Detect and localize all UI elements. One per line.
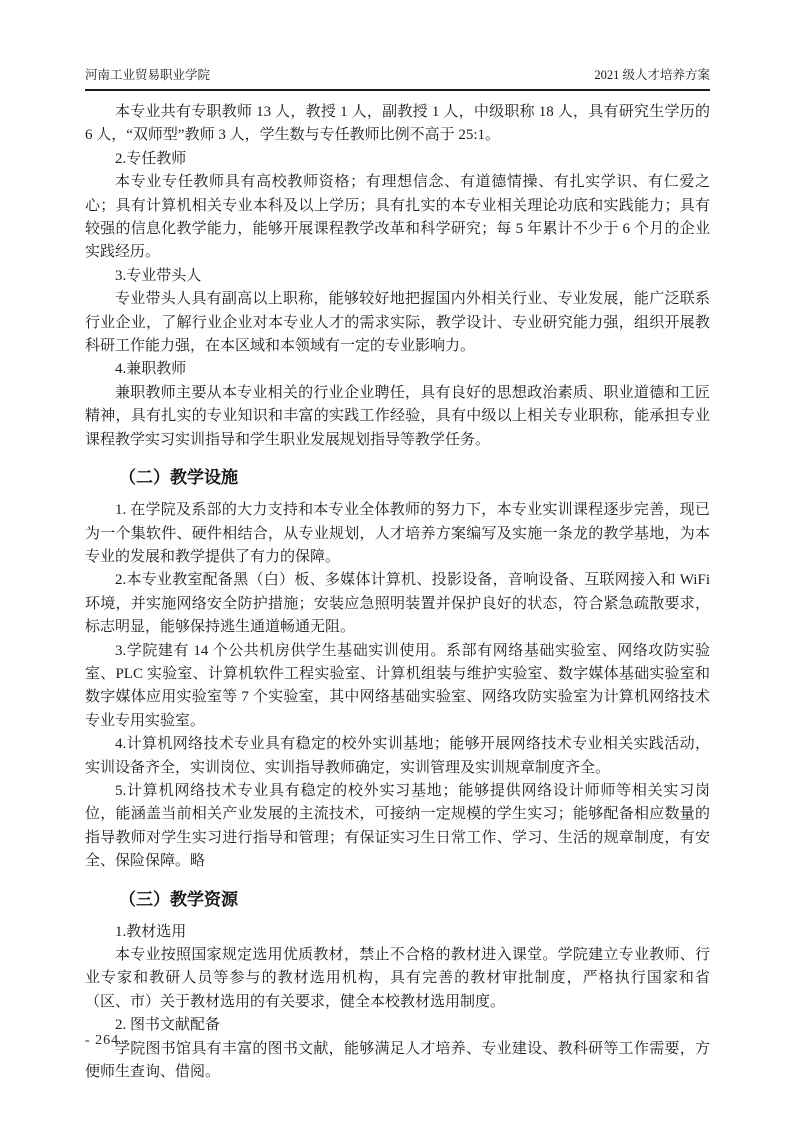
subheading-parttime-teachers: 4.兼职教师 bbox=[85, 358, 710, 381]
paragraph-library-resources: 学院图书馆具有丰富的图书文献，能够满足人才培养、专业建设、教科研等工作需要，方便… bbox=[85, 1038, 710, 1085]
paragraph-textbook-selection: 本专业按照国家规定选用优质教材，禁止不合格的教材进入课堂。学院建立专业教师、行业… bbox=[85, 944, 710, 1014]
paragraph-facilities-1: 1. 在学院及系部的大力支持和本专业全体教师的努力下，本专业实训课程逐步完善，现… bbox=[85, 499, 710, 569]
paragraph-facilities-3: 3.学院建有 14 个公共机房供学生基础实训使用。系部有网络基础实验室、网络攻防… bbox=[85, 640, 710, 734]
subheading-library-resources: 2. 图书文献配备 bbox=[85, 1014, 710, 1037]
paragraph-facilities-4: 4.计算机网络技术专业具有稳定的校外实训基地；能够开展网络技术专业相关实践活动，… bbox=[85, 733, 710, 780]
header-school-name: 河南工业贸易职业学院 bbox=[85, 67, 210, 83]
paragraph-facilities-2: 2.本专业教室配备黑（白）板、多媒体计算机、投影设备，音响设备、互联网接入和 W… bbox=[85, 569, 710, 639]
paragraph-teacher-count: 本专业共有专职教师 13 人，教授 1 人，副教授 1 人，中级职称 18 人，… bbox=[85, 101, 710, 148]
paragraph-fulltime-teachers: 本专业专任教师具有高校教师资格；有理想信念、有道德情操、有扎实学识、有仁爱之心；… bbox=[85, 171, 710, 265]
section-heading-teaching-resources: （三）教学资源 bbox=[85, 887, 710, 912]
paragraph-professional-leader: 专业带头人具有副高以上职称，能够较好地把握国内外相关行业、专业发展，能广泛联系行… bbox=[85, 288, 710, 358]
subheading-professional-leader: 3.专业带头人 bbox=[85, 265, 710, 288]
document-page: 河南工业贸易职业学院 2021 级人才培养方案 本专业共有专职教师 13 人，教… bbox=[0, 0, 793, 1122]
subheading-fulltime-teachers: 2.专任教师 bbox=[85, 148, 710, 171]
paragraph-parttime-teachers: 兼职教师主要从本专业相关的行业企业聘任，具有良好的思想政治素质、职业道德和工匠精… bbox=[85, 382, 710, 452]
page-header: 河南工业贸易职业学院 2021 级人才培养方案 bbox=[85, 67, 710, 83]
paragraph-facilities-5: 5.计算机网络技术专业具有稳定的校外实习基地；能够提供网络设计师师等相关实习岗位… bbox=[85, 780, 710, 874]
subheading-textbook-selection: 1.教材选用 bbox=[85, 921, 710, 944]
header-doc-title: 2021 级人才培养方案 bbox=[594, 67, 710, 83]
document-body: 本专业共有专职教师 13 人，教授 1 人，副教授 1 人，中级职称 18 人，… bbox=[85, 101, 710, 1084]
page-number: - 264 - bbox=[85, 1033, 129, 1049]
header-divider bbox=[85, 89, 710, 91]
section-heading-teaching-facilities: （二）教学设施 bbox=[85, 465, 710, 490]
